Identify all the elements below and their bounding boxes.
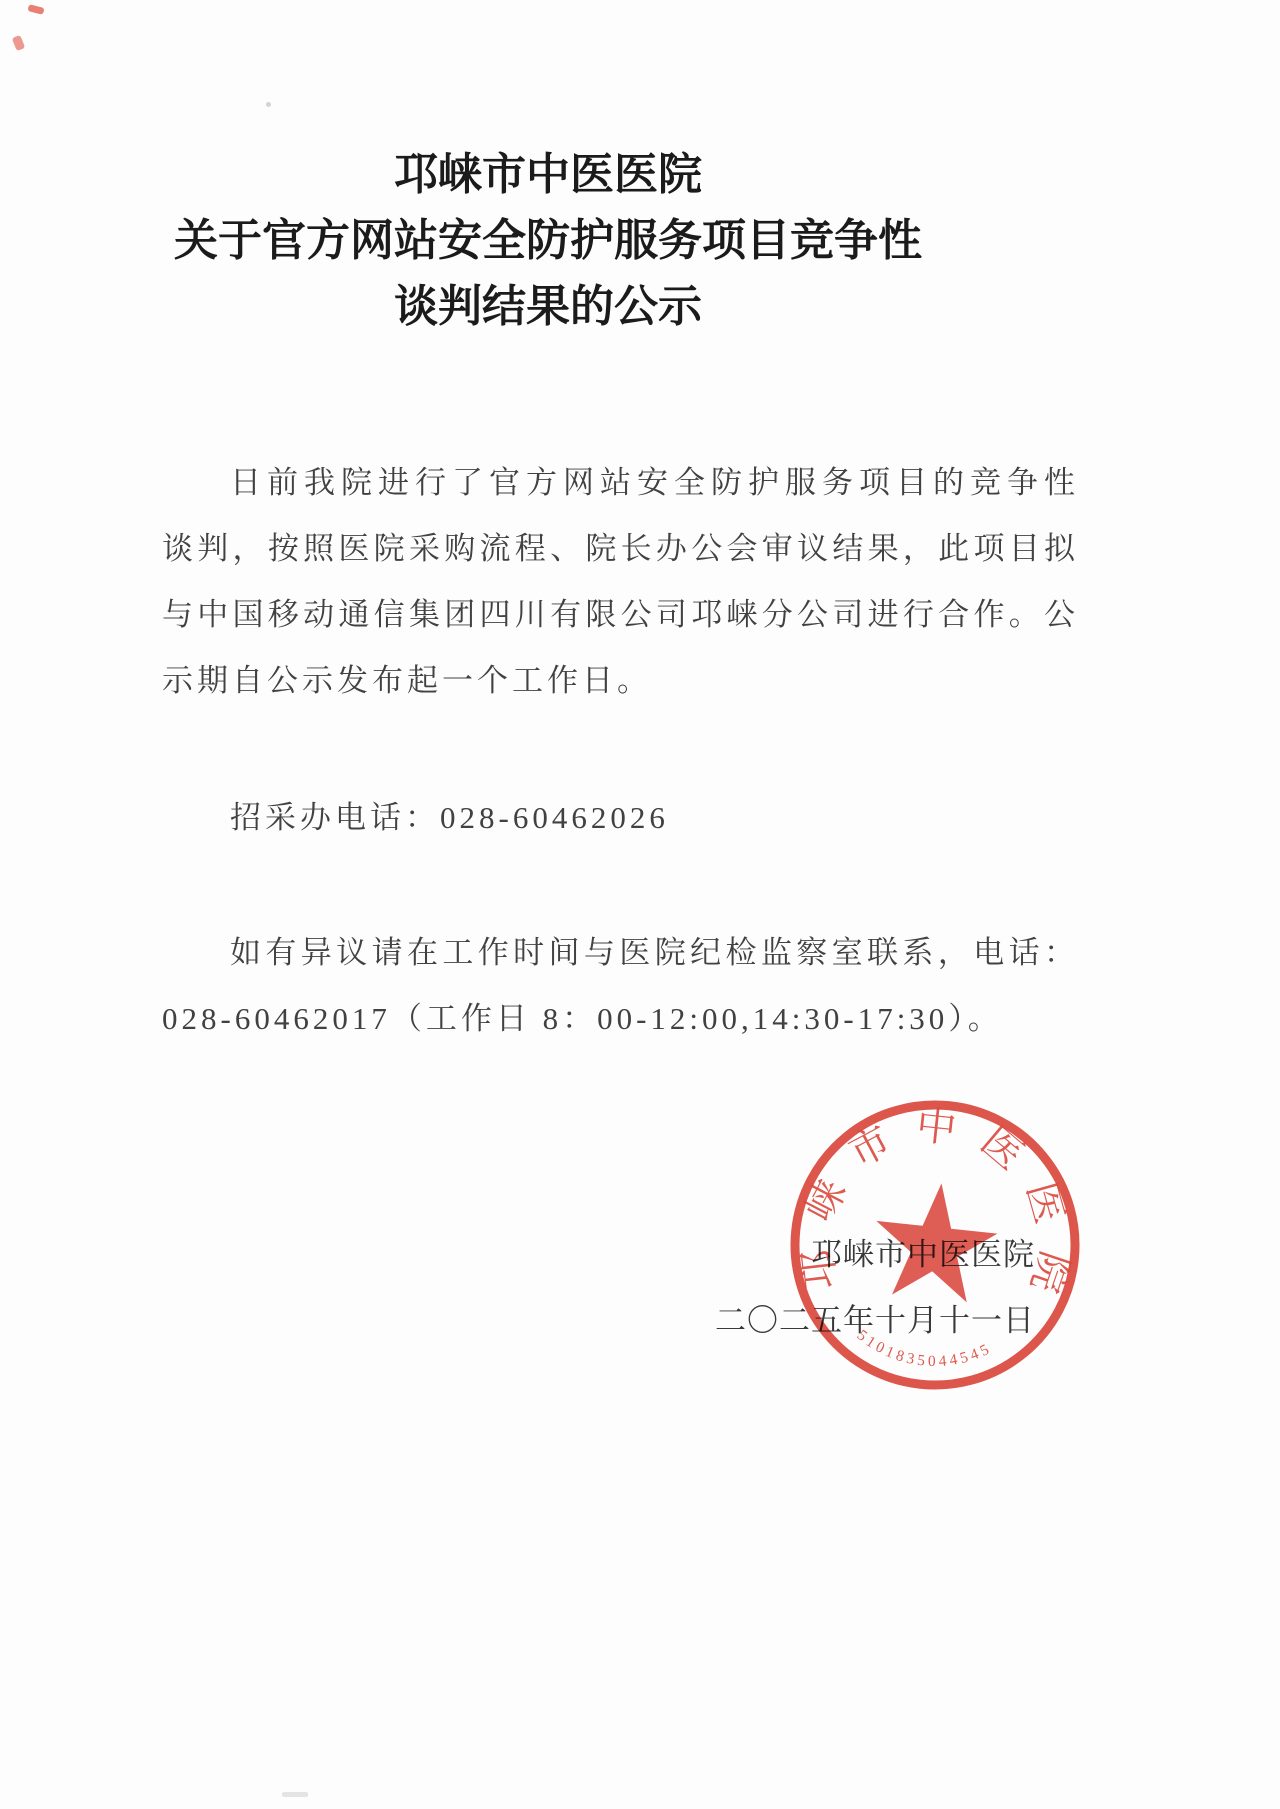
procurement-phone-line: 招采办电话：028-60462026	[162, 785, 1075, 851]
signature-org: 邛崃市中医医院	[0, 1222, 1035, 1288]
title-line-3: 谈判结果的公示	[0, 274, 1096, 340]
objection-contact-line: 如有异议请在工作时间与医院纪检监察室联系，电话：	[162, 920, 1075, 986]
supervision-phone-line: 028-60462017（工作日 8：00-12:00,14:30-17:30）…	[162, 986, 1075, 1052]
signature-block: 邛崃市中医医院 二〇二五年十月十一日	[0, 1222, 1280, 1354]
body-line: 谈判，按照医院采购流程、院长办公会审议结果，此项目拟	[162, 516, 1075, 582]
scan-artifact	[282, 1792, 308, 1797]
title-line-2: 关于官方网站安全防护服务项目竞争性	[0, 208, 1096, 274]
document-title: 邛崃市中医医院 关于官方网站安全防护服务项目竞争性 谈判结果的公示	[0, 0, 1280, 340]
body-line: 与中国移动通信集团四川有限公司邛崃分公司进行合作。公	[162, 582, 1075, 648]
document-body: 日前我院进行了官方网站安全防护服务项目的竞争性 谈判，按照医院采购流程、院长办公…	[162, 450, 1075, 1052]
scan-artifact	[266, 102, 271, 107]
title-line-1: 邛崃市中医医院	[0, 142, 1096, 208]
signature-date: 二〇二五年十月十一日	[0, 1288, 1035, 1354]
document-page: 邛崃市中医医院 关于官方网站安全防护服务项目竞争性 谈判结果的公示 日前我院进行…	[0, 0, 1280, 1809]
body-line: 示期自公示发布起一个工作日。	[162, 648, 1075, 714]
body-line: 日前我院进行了官方网站安全防护服务项目的竞争性	[162, 450, 1075, 516]
